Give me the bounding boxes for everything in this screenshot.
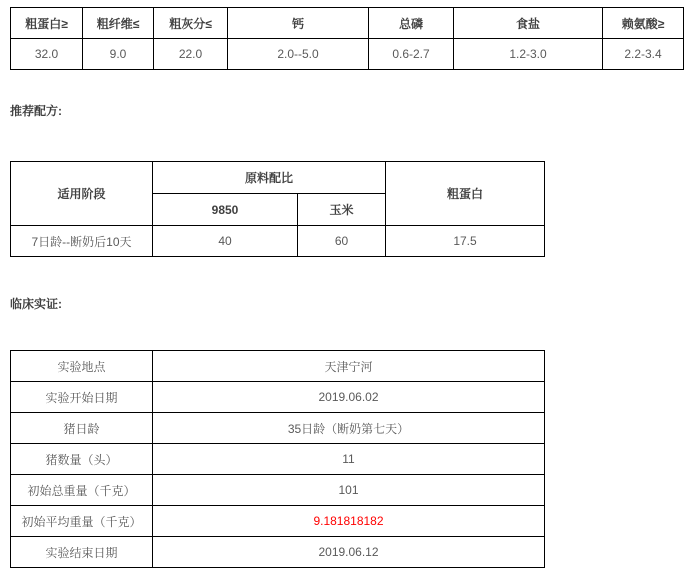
clinical-value-initial-total-weight: 101 <box>153 475 545 506</box>
clinical-value-pig-age: 35日龄（断奶第七天） <box>153 413 545 444</box>
formula-section-heading: 推荐配方: <box>10 103 62 119</box>
nutrition-header-crude-fiber: 粗纤维≤ <box>83 8 154 39</box>
formula-value-9850: 40 <box>153 226 298 257</box>
nutrition-header-lysine: 赖氨酸≥ <box>603 8 684 39</box>
clinical-value-location: 天津宁河 <box>153 351 545 382</box>
nutrition-table: 粗蛋白≥ 粗纤维≤ 粗灰分≤ 钙 总磷 食盐 赖氨酸≥ 32.0 9.0 22.… <box>10 7 684 70</box>
clinical-value-start-date: 2019.06.02 <box>153 382 545 413</box>
nutrition-value-row: 32.0 9.0 22.0 2.0--5.0 0.6-2.7 1.2-3.0 2… <box>11 39 684 70</box>
nutrition-header-calcium: 钙 <box>228 8 369 39</box>
nutrition-value-crude-ash: 22.0 <box>154 39 228 70</box>
nutrition-value-lysine: 2.2-3.4 <box>603 39 684 70</box>
formula-subheader-9850: 9850 <box>153 194 298 226</box>
nutrition-value-salt: 1.2-3.0 <box>454 39 603 70</box>
clinical-row-location: 实验地点 天津宁河 <box>11 351 545 382</box>
clinical-value-end-date: 2019.06.12 <box>153 537 545 568</box>
clinical-row-end-date: 实验结束日期 2019.06.12 <box>11 537 545 568</box>
nutrition-value-total-phosphorus: 0.6-2.7 <box>369 39 454 70</box>
clinical-row-start-date: 实验开始日期 2019.06.02 <box>11 382 545 413</box>
clinical-row-pig-age: 猪日龄 35日龄（断奶第七天） <box>11 413 545 444</box>
clinical-label-pig-count: 猪数量（头） <box>11 444 153 475</box>
clinical-label-initial-avg-weight: 初始平均重量（千克） <box>11 506 153 537</box>
page: 粗蛋白≥ 粗纤维≤ 粗灰分≤ 钙 总磷 食盐 赖氨酸≥ 32.0 9.0 22.… <box>0 0 689 581</box>
clinical-row-initial-total-weight: 初始总重量（千克） 101 <box>11 475 545 506</box>
nutrition-value-crude-fiber: 9.0 <box>83 39 154 70</box>
clinical-row-initial-avg-weight: 初始平均重量（千克） 9.181818182 <box>11 506 545 537</box>
clinical-label-pig-age: 猪日龄 <box>11 413 153 444</box>
formula-value-corn: 60 <box>298 226 386 257</box>
nutrition-header-salt: 食盐 <box>454 8 603 39</box>
formula-value-protein: 17.5 <box>386 226 545 257</box>
formula-data-row: 7日龄--断奶后10天 40 60 17.5 <box>11 226 545 257</box>
nutrition-header-crude-ash: 粗灰分≤ <box>154 8 228 39</box>
nutrition-value-calcium: 2.0--5.0 <box>228 39 369 70</box>
clinical-section-heading: 临床实证: <box>10 296 62 312</box>
clinical-table: 实验地点 天津宁河 实验开始日期 2019.06.02 猪日龄 35日龄（断奶第… <box>10 350 545 568</box>
clinical-value-pig-count: 11 <box>153 444 545 475</box>
formula-header-stage: 适用阶段 <box>11 162 153 226</box>
clinical-row-pig-count: 猪数量（头） 11 <box>11 444 545 475</box>
clinical-label-initial-total-weight: 初始总重量（千克） <box>11 475 153 506</box>
nutrition-header-row: 粗蛋白≥ 粗纤维≤ 粗灰分≤ 钙 总磷 食盐 赖氨酸≥ <box>11 8 684 39</box>
formula-header-row-1: 适用阶段 原料配比 粗蛋白 <box>11 162 545 194</box>
formula-value-stage: 7日龄--断奶后10天 <box>11 226 153 257</box>
formula-subheader-corn: 玉米 <box>298 194 386 226</box>
nutrition-value-crude-protein: 32.0 <box>11 39 83 70</box>
formula-table: 适用阶段 原料配比 粗蛋白 9850 玉米 7日龄--断奶后10天 40 60 … <box>10 161 545 257</box>
formula-header-crude-protein: 粗蛋白 <box>386 162 545 226</box>
nutrition-header-crude-protein: 粗蛋白≥ <box>11 8 83 39</box>
clinical-label-location: 实验地点 <box>11 351 153 382</box>
clinical-value-initial-avg-weight: 9.181818182 <box>153 506 545 537</box>
clinical-label-start-date: 实验开始日期 <box>11 382 153 413</box>
formula-header-ratio: 原料配比 <box>153 162 386 194</box>
clinical-label-end-date: 实验结束日期 <box>11 537 153 568</box>
nutrition-header-total-phosphorus: 总磷 <box>369 8 454 39</box>
